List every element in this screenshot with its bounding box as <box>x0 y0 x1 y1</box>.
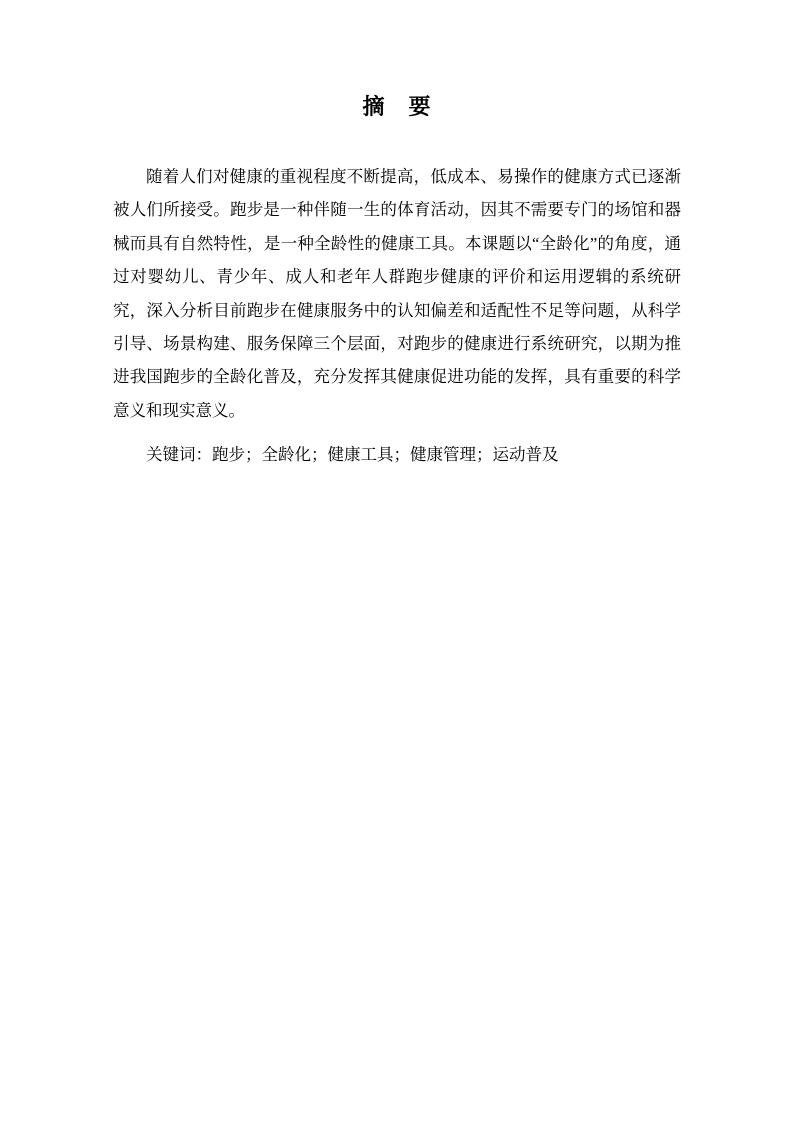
keywords-line: 关键词：跑步；全龄化；健康工具；健康管理；运动普及 <box>113 438 681 471</box>
abstract-paragraph: 随着人们对健康的重视程度不断提高，低成本、易操作的健康方式已逐渐被人们所接受。跑… <box>113 160 681 427</box>
abstract-title: 摘 要 <box>113 92 681 122</box>
document-page: 摘 要 随着人们对健康的重视程度不断提高，低成本、易操作的健康方式已逐渐被人们所… <box>0 0 793 1122</box>
page-content: 摘 要 随着人们对健康的重视程度不断提高，低成本、易操作的健康方式已逐渐被人们所… <box>0 0 793 472</box>
